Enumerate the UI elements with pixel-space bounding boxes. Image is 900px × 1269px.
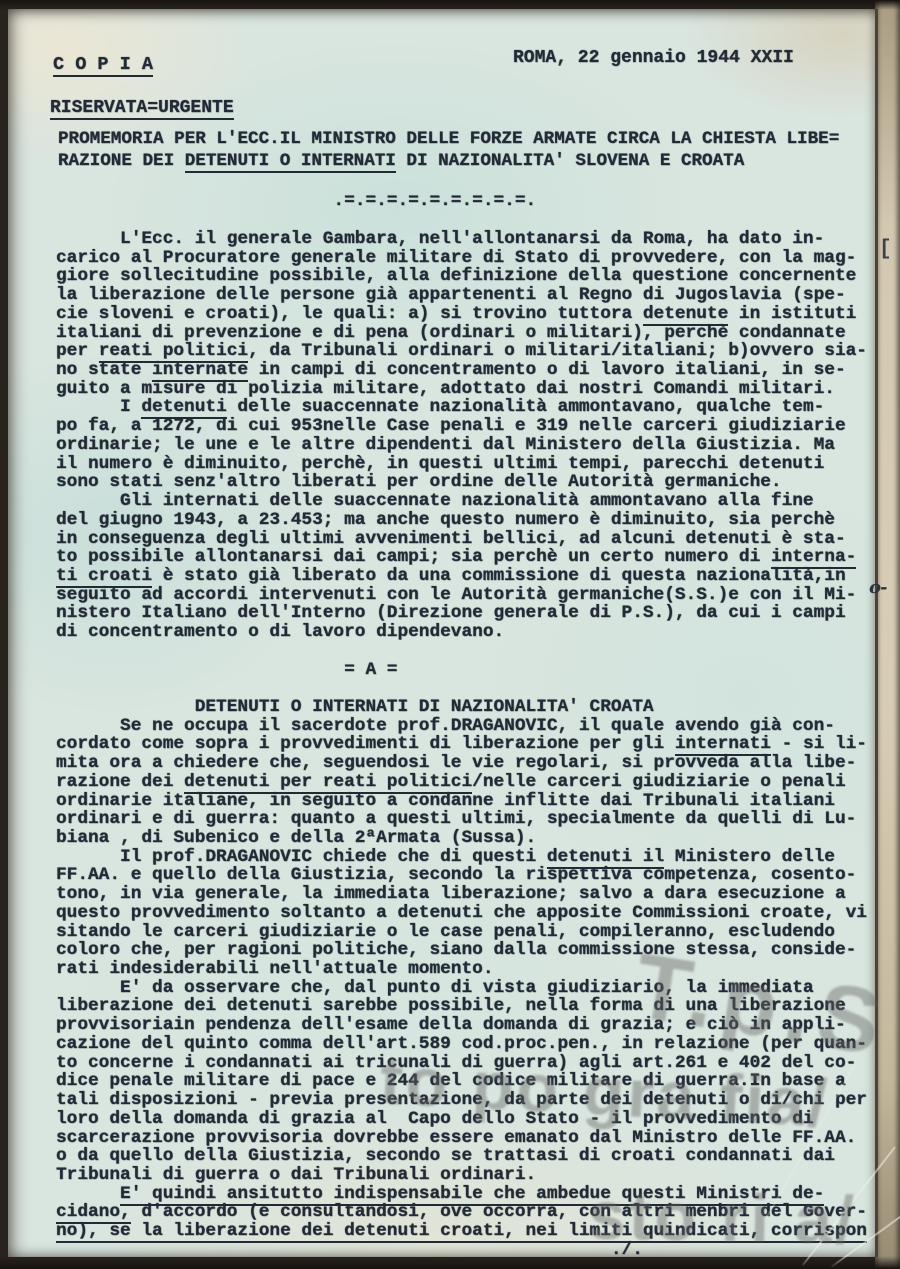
photo-edge-shadow-bottom bbox=[0, 1256, 900, 1269]
document-line: FF.AA. e quello della Giustizia, secondo… bbox=[56, 866, 867, 885]
document-line: ti croati è stato già liberato da una co… bbox=[56, 567, 867, 586]
document-line: guito a misure di polizia militare, adot… bbox=[56, 380, 867, 399]
document-line: nistero Italiano dell'Interno (Direzione… bbox=[56, 604, 867, 623]
document-line: ordinarie italiane, in seguito a condann… bbox=[56, 792, 867, 811]
document-line: tono, in via generale, la immediata libe… bbox=[56, 885, 867, 904]
document-line: carico al Procuratore generale militare … bbox=[56, 249, 867, 268]
document-line: DETENUTI O INTERNATI DI NAZIONALITA' CRO… bbox=[56, 698, 867, 717]
document-line: L'Ecc. il generale Gambara, nell'allonta… bbox=[56, 230, 867, 249]
document-line bbox=[56, 679, 867, 698]
document-line: la liberazione delle persone già apparte… bbox=[56, 286, 867, 305]
document-line: Gli internati delle suaccennate nazional… bbox=[56, 492, 867, 511]
document-line: giore sollecitudine possibile, alla defi… bbox=[56, 267, 867, 286]
copy-label: C O P I A bbox=[53, 54, 153, 75]
document-line: o da quello della Giustizia, secondo se … bbox=[56, 1147, 867, 1166]
separator-line: .=.=.=.=.=.=.=.=.=. bbox=[56, 191, 536, 211]
document-line: cordato come sopra i provvedimenti di li… bbox=[56, 735, 867, 754]
document-line: po fa, a 1272, di cui 953nelle Case pena… bbox=[56, 417, 867, 436]
document-line: sono stati senz'altro liberati per ordin… bbox=[56, 473, 867, 492]
underlined-text: DETENUTI O INTERNATI bbox=[185, 151, 396, 173]
document-line: seguito ad accordi intervenuti con le Au… bbox=[56, 586, 867, 605]
document-line: biana , di Subenico e della 2ªArmata (Su… bbox=[56, 829, 867, 848]
document-line: mita ora a chiedere che, seguendosi le v… bbox=[56, 754, 867, 773]
date-line: ROMA, 22 gennaio 1944 XXII bbox=[513, 48, 794, 68]
document-line bbox=[56, 642, 867, 661]
document-line: Il prof.DRAGANOVIC chiede che di questi … bbox=[56, 848, 867, 867]
document-line: per reati politici, da Tribunali ordinar… bbox=[56, 342, 867, 361]
document-line: ordinarie; le une e le altre dipendenti … bbox=[56, 436, 867, 455]
document-line: in conseguenza degli ultimi avvenimenti … bbox=[56, 530, 867, 549]
page-edge-strip bbox=[875, 0, 900, 1269]
document-line: razione dei detenuti per reati politici/… bbox=[56, 773, 867, 792]
margin-bracket-mark: [ bbox=[879, 238, 892, 261]
document-line: RAZIONE DEI DETENUTI O INTERNATI DI NAZI… bbox=[58, 150, 839, 172]
document-line: del giugno 1943, a 23.453; ma anche ques… bbox=[56, 511, 867, 530]
document-line: PROMEMORIA PER L'ECC.IL MINISTRO DELLE F… bbox=[58, 128, 839, 150]
subject-title: PROMEMORIA PER L'ECC.IL MINISTRO DELLE F… bbox=[58, 128, 839, 173]
document-line: no state internate in campi di concentra… bbox=[56, 361, 867, 380]
document-line: to possibile allontanarsi dai campi; sia… bbox=[56, 548, 867, 567]
scanned-document-photo: { "colors": { "ink": "#222a36", "paper":… bbox=[0, 0, 900, 1269]
document-line: I detenuti delle suaccennate nazionalità… bbox=[56, 398, 867, 417]
classification-label: RISERVATA=URGENTE bbox=[50, 98, 234, 118]
document-line: questo provvedimento soltanto a detenuti… bbox=[56, 904, 867, 923]
handwritten-margin-note: o- bbox=[869, 577, 886, 598]
document-line: di concentramento o di lavoro dipendevan… bbox=[56, 623, 867, 642]
document-line: italiani di prevenzione e di pena (ordin… bbox=[56, 324, 867, 343]
document-line: ordinari e di guerra: quanto a questi ul… bbox=[56, 810, 867, 829]
document-line: il numero è diminuito, perchè, in questi… bbox=[56, 455, 867, 474]
photo-edge-shadow-top bbox=[0, 0, 900, 10]
document-line: cie sloveni e croati), le quali: a) si t… bbox=[56, 305, 867, 324]
document-paper: C O P I A ROMA, 22 gennaio 1944 XXII RIS… bbox=[8, 9, 878, 1257]
document-line: = A = bbox=[56, 661, 867, 680]
document-line: sitando le carceri giudiziarie o le case… bbox=[56, 923, 867, 942]
watermark-text: sto ri a/ bbox=[587, 1177, 857, 1260]
document-line: Se ne occupa il sacerdote prof.DRAGANOVI… bbox=[56, 717, 867, 736]
